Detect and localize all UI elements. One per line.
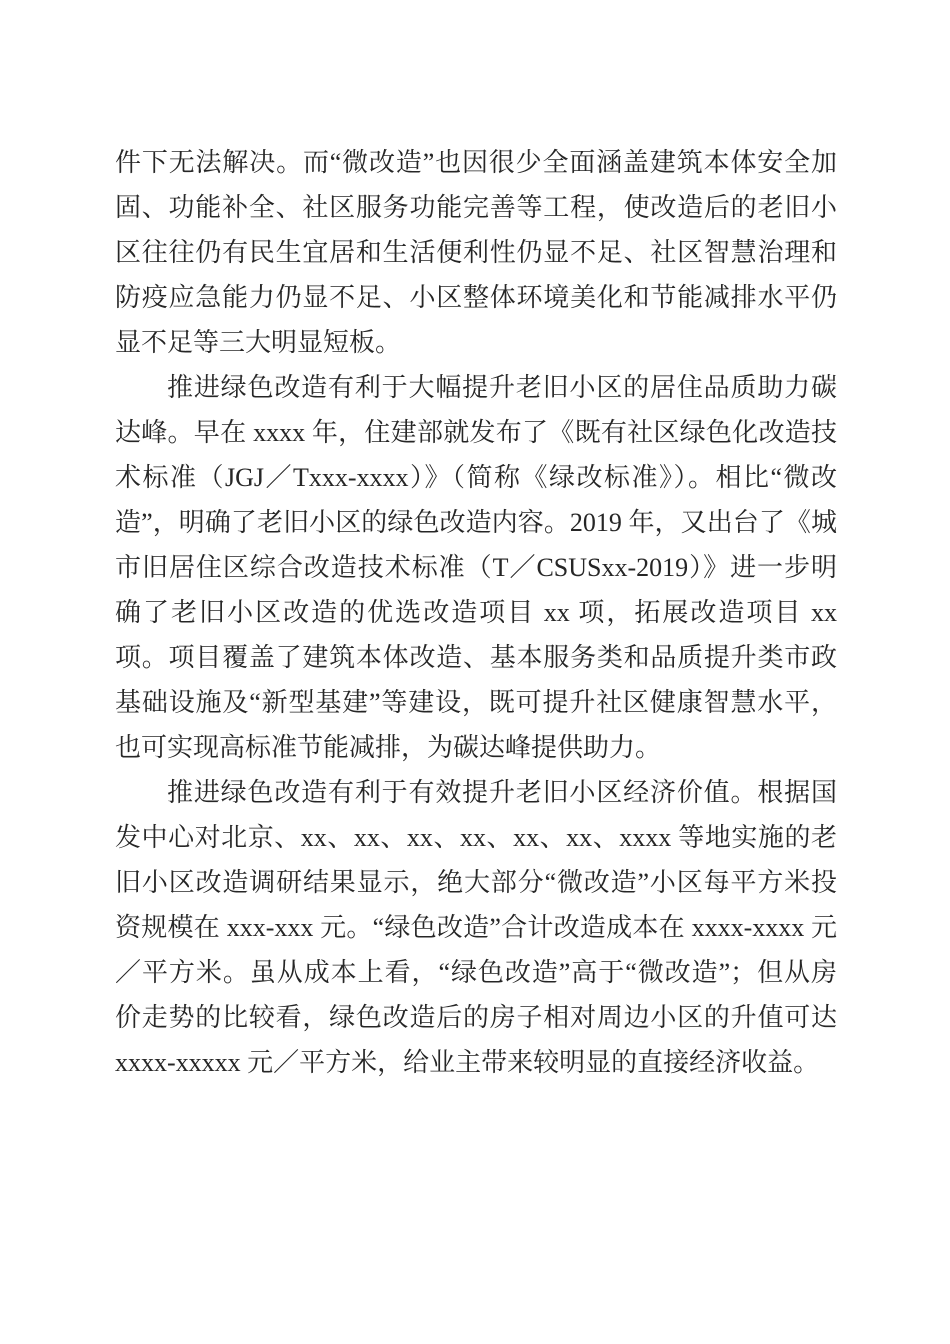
document-page: 件下无法解决。而“微改造”也因很少全面涵盖建筑本体安全加固、功能补全、社区服务功…: [0, 0, 950, 1344]
paragraph-green-renovation-economic-value: 推进绿色改造有利于有效提升老旧小区经济价值。根据国发中心对北京、xx、xx、xx…: [115, 770, 837, 1085]
text-block: 件下无法解决。而“微改造”也因很少全面涵盖建筑本体安全加固、功能补全、社区服务功…: [115, 140, 837, 1085]
paragraph-green-renovation-quality: 推进绿色改造有利于大幅提升老旧小区的居住品质助力碳达峰。早在 xxxx 年，住建…: [115, 365, 837, 770]
paragraph-continuation: 件下无法解决。而“微改造”也因很少全面涵盖建筑本体安全加固、功能补全、社区服务功…: [115, 140, 837, 365]
